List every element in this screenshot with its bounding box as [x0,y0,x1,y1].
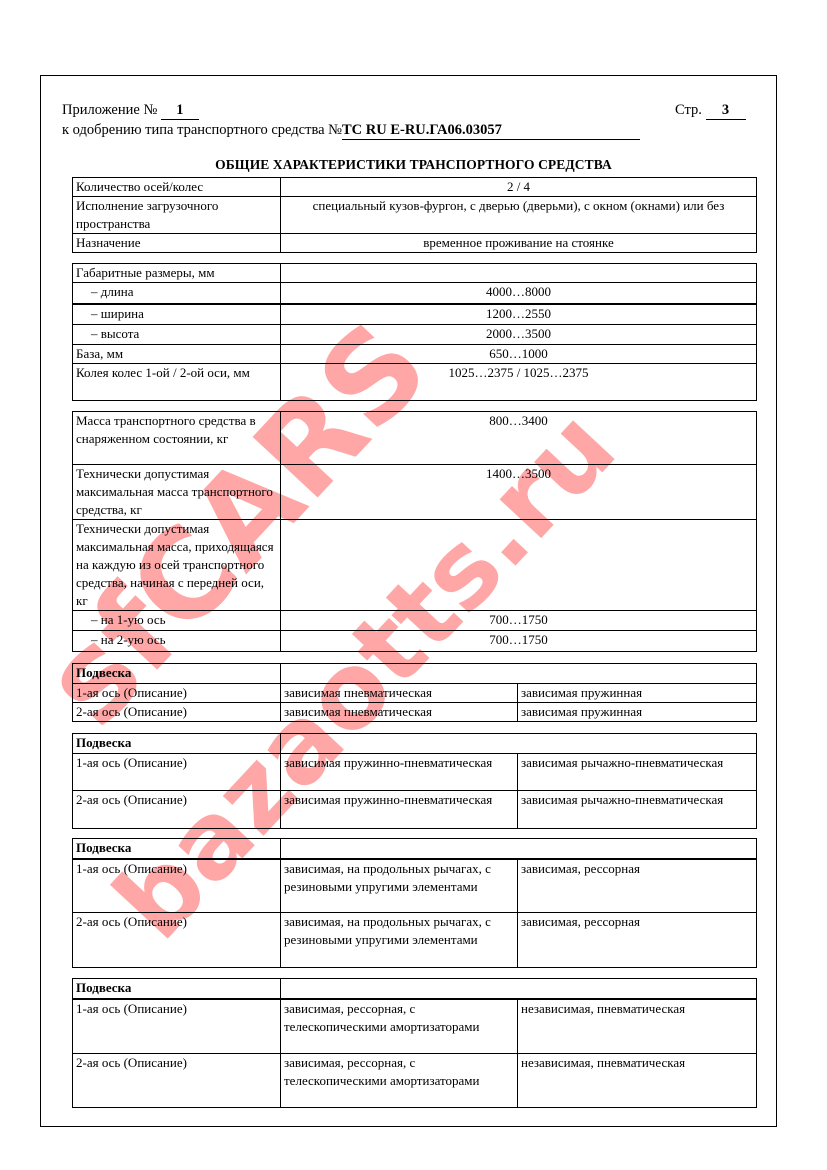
approval-line: к одобрению типа транспортного средства … [62,121,640,140]
table-row: Технически допустимая максимальная масса… [73,520,757,611]
table-row: – на 1-ую ось 700…1750 [73,611,757,631]
row-value: 800…3400 [281,412,757,465]
appendix-label: Приложение № [62,102,157,118]
row-label: Габаритные размеры, мм [73,264,281,283]
row-label: – на 1-ую ось [73,611,281,631]
suspension-table: Подвеска 1-ая ось (Описание) зависимая, … [72,838,757,968]
suspension-header: Подвеска [73,734,281,754]
option-a: зависимая, на продольных рычагах, с рези… [281,859,518,913]
empty-cell [281,839,757,859]
table-row: 1-ая ось (Описание) зависимая, рессорная… [73,999,757,1054]
option-b: зависимая, рессорная [518,913,757,968]
table-row: Подвеска [73,734,757,754]
table-row: 2-ая ось (Описание) зависимая пружинно-п… [73,791,757,829]
table-row: Технически допустимая максимальная масса… [73,465,757,520]
row-label: Количество осей/колес [73,178,281,197]
page-label: Стр. [675,102,702,118]
approval-number: TC RU E-RU.ГА06.03057 [342,121,640,140]
suspension-header: Подвеска [73,979,281,999]
option-a: зависимая пружинно-пневматическая [281,754,518,791]
appendix-line: Приложение № 1 [62,101,199,120]
row-label: 1-ая ось (Описание) [73,684,281,703]
row-label: 2-ая ось (Описание) [73,703,281,722]
row-label: Назначение [73,234,281,253]
table-row: Исполнение загрузочного пространства спе… [73,197,757,234]
row-value: временное проживание на стоянке [281,234,757,253]
row-value: 650…1000 [281,345,757,364]
dimensions-table: Габаритные размеры, мм – длина 4000…8000… [72,263,757,401]
row-value: 1025…2375 / 1025…2375 [281,364,757,401]
table-row: – длина 4000…8000 [73,283,757,304]
row-value: 2 / 4 [281,178,757,197]
page-title: ОБЩИЕ ХАРАКТЕРИСТИКИ ТРАНСПОРТНОГО СРЕДС… [0,157,827,173]
option-a: зависимая пневматическая [281,684,518,703]
row-label: Исполнение загрузочного пространства [73,197,281,234]
table-row: – высота 2000…3500 [73,325,757,345]
table-row: 2-ая ось (Описание) зависимая, рессорная… [73,1054,757,1108]
empty-cell [281,664,757,684]
row-label: – высота [73,325,281,345]
row-label: – ширина [73,304,281,325]
table-row: Назначение временное проживание на стоян… [73,234,757,253]
row-label: 2-ая ось (Описание) [73,1054,281,1108]
empty-cell [281,979,757,999]
option-a: зависимая, рессорная, с телескопическими… [281,999,518,1054]
option-b: зависимая пружинная [518,703,757,722]
table-row: – ширина 1200…2550 [73,304,757,325]
row-value: 2000…3500 [281,325,757,345]
suspension-table: Подвеска 1-ая ось (Описание) зависимая, … [72,978,757,1108]
row-label: Технически допустимая максимальная масса… [73,520,281,611]
approval-label: к одобрению типа транспортного средства … [62,122,342,138]
suspension-header: Подвеска [73,664,281,684]
row-label: Масса транспортного средства в снаряженн… [73,412,281,465]
row-label: 1-ая ось (Описание) [73,859,281,913]
table-row: 2-ая ось (Описание) зависимая пневматиче… [73,703,757,722]
row-value: 1400…3500 [281,465,757,520]
table-row: 1-ая ось (Описание) зависимая, на продол… [73,859,757,913]
row-label: 1-ая ось (Описание) [73,999,281,1054]
empty-cell [281,734,757,754]
option-b: независимая, пневматическая [518,999,757,1054]
suspension-table: Подвеска 1-ая ось (Описание) зависимая п… [72,733,757,829]
table-row: 1-ая ось (Описание) зависимая пневматиче… [73,684,757,703]
table-row: – на 2-ую ось 700…1750 [73,631,757,652]
suspension-table: Подвеска 1-ая ось (Описание) зависимая п… [72,663,757,722]
table-row: 1-ая ось (Описание) зависимая пружинно-п… [73,754,757,791]
option-b: зависимая рычажно-пневматическая [518,791,757,829]
option-a: зависимая пружинно-пневматическая [281,791,518,829]
page-number-line: Стр. 3 [675,101,746,120]
row-label: База, мм [73,345,281,364]
row-value [281,520,757,611]
table-row: Подвеска [73,839,757,859]
table-row: Габаритные размеры, мм [73,264,757,283]
option-b: зависимая пружинная [518,684,757,703]
table-row: Подвеска [73,664,757,684]
row-value: 4000…8000 [281,283,757,304]
table-row: Масса транспортного средства в снаряженн… [73,412,757,465]
table-row: 2-ая ось (Описание) зависимая, на продол… [73,913,757,968]
row-label: – длина [73,283,281,304]
general-table: Количество осей/колес 2 / 4 Исполнение з… [72,177,757,253]
row-label: Технически допустимая максимальная масса… [73,465,281,520]
row-value: специальный кузов-фургон, с дверью (двер… [281,197,757,234]
table-row: Количество осей/колес 2 / 4 [73,178,757,197]
option-a: зависимая, рессорная, с телескопическими… [281,1054,518,1108]
row-label: 2-ая ось (Описание) [73,913,281,968]
row-value: 700…1750 [281,611,757,631]
row-label: 2-ая ось (Описание) [73,791,281,829]
row-label: Колея колес 1-ой / 2-ой оси, мм [73,364,281,401]
option-a: зависимая пневматическая [281,703,518,722]
option-b: зависимая рычажно-пневматическая [518,754,757,791]
table-row: База, мм 650…1000 [73,345,757,364]
table-row: Подвеска [73,979,757,999]
option-b: зависимая, рессорная [518,859,757,913]
row-label: – на 2-ую ось [73,631,281,652]
row-value [281,264,757,283]
page-number: 3 [706,101,746,120]
table-row: Колея колес 1-ой / 2-ой оси, мм 1025…237… [73,364,757,401]
suspension-header: Подвеска [73,839,281,859]
option-a: зависимая, на продольных рычагах, с рези… [281,913,518,968]
option-b: независимая, пневматическая [518,1054,757,1108]
appendix-number: 1 [161,101,199,120]
row-value: 700…1750 [281,631,757,652]
mass-table: Масса транспортного средства в снаряженн… [72,411,757,652]
row-value: 1200…2550 [281,304,757,325]
row-label: 1-ая ось (Описание) [73,754,281,791]
